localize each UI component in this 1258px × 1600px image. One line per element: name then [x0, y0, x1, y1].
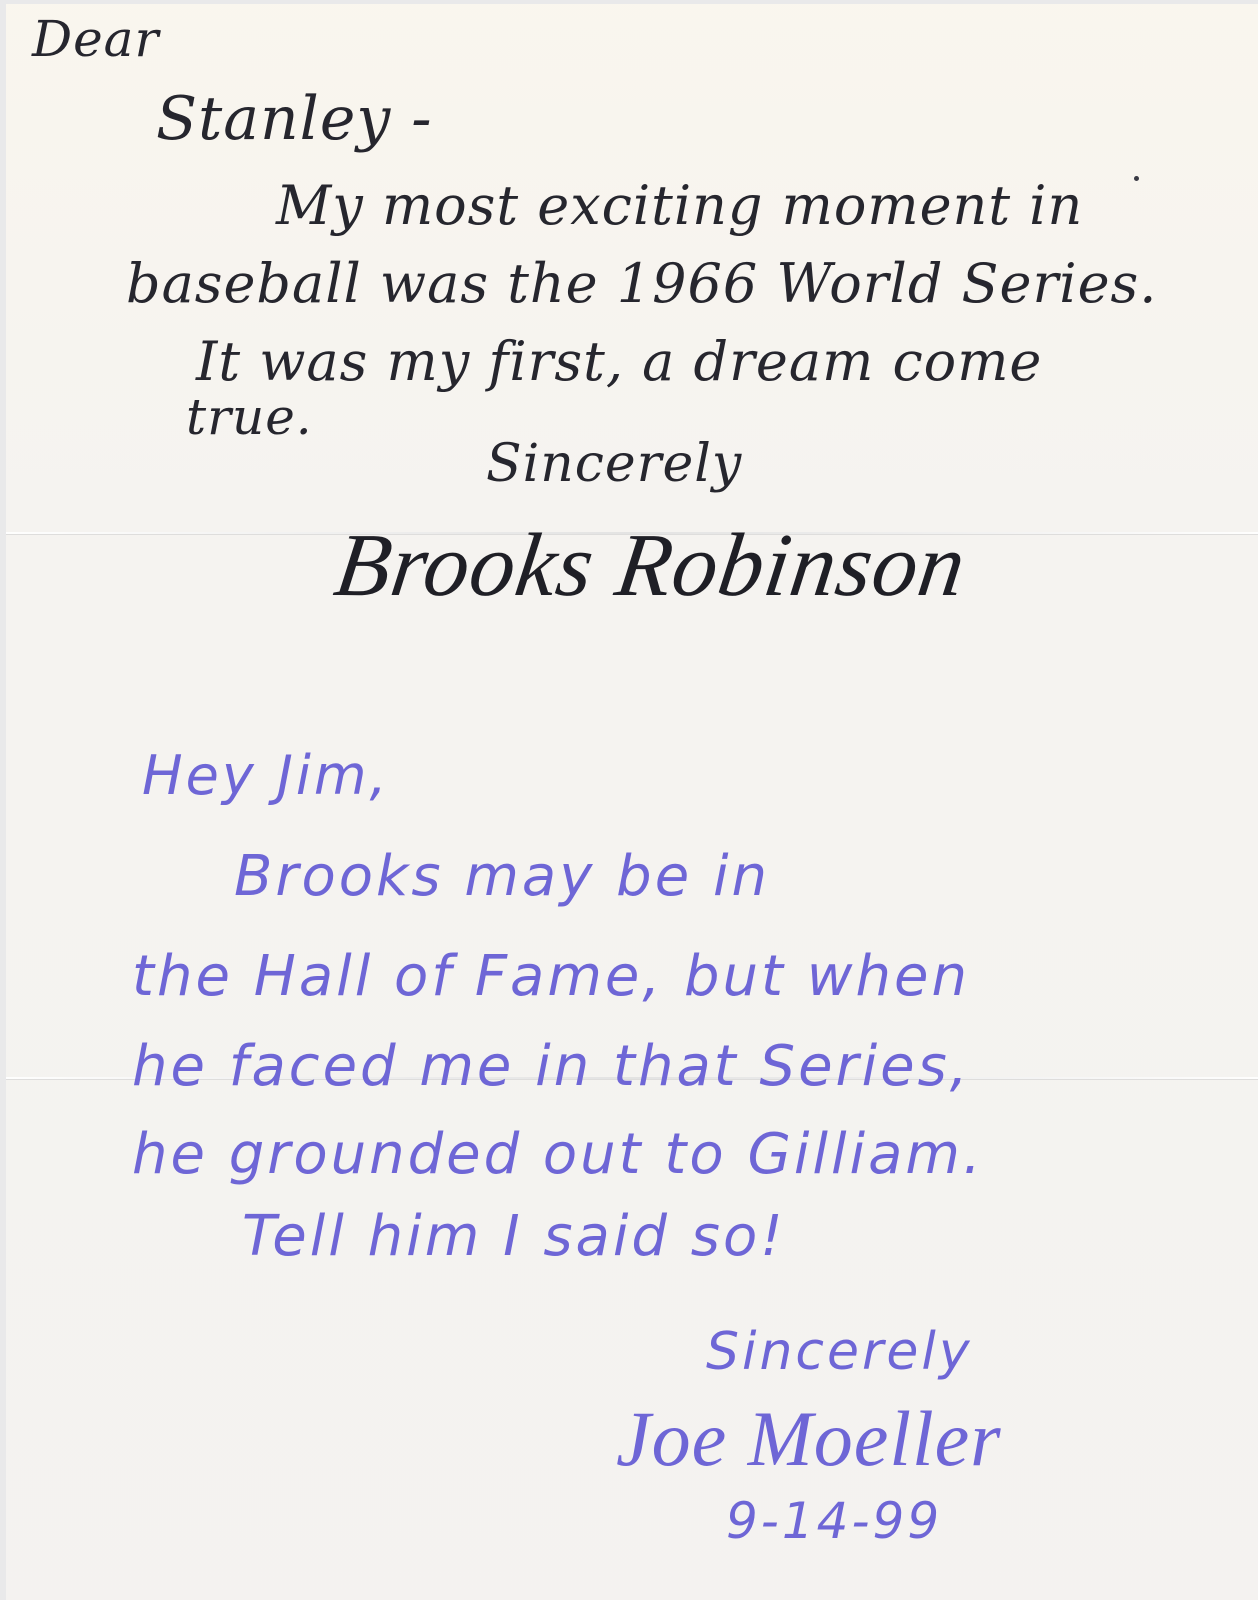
- body-line-1: My most exciting moment in: [276, 174, 1083, 237]
- letter-paper: Dear Stanley - My most exciting moment i…: [6, 4, 1258, 1600]
- reply-date: 9-14-99: [726, 1492, 942, 1550]
- reply-line-5: Tell him I said so!: [242, 1204, 786, 1269]
- body-line-3: It was my first, a dream come: [196, 330, 1042, 393]
- salutation-dear: Dear: [32, 10, 159, 68]
- reply-line-3: he faced me in that Series,: [132, 1034, 971, 1099]
- reply-line-2: the Hall of Fame, but when: [132, 944, 970, 1009]
- ink-spot: [1134, 176, 1139, 181]
- signature-joe-moeller: Joe Moeller: [616, 1394, 1002, 1484]
- reply-line-4: he grounded out to Gilliam.: [132, 1122, 984, 1187]
- closing-sincerely: Sincerely: [486, 434, 742, 494]
- body-line-4: true.: [186, 388, 313, 446]
- body-line-2: baseball was the 1966 World Series.: [126, 252, 1157, 315]
- signature-brooks-robinson: Brooks Robinson: [329, 514, 973, 617]
- reply-line-1: Brooks may be in: [234, 844, 770, 909]
- recipient-name: Stanley -: [156, 84, 433, 154]
- reply-closing-sincerely: Sincerely: [706, 1322, 973, 1382]
- reply-salutation: Hey Jim,: [142, 744, 390, 807]
